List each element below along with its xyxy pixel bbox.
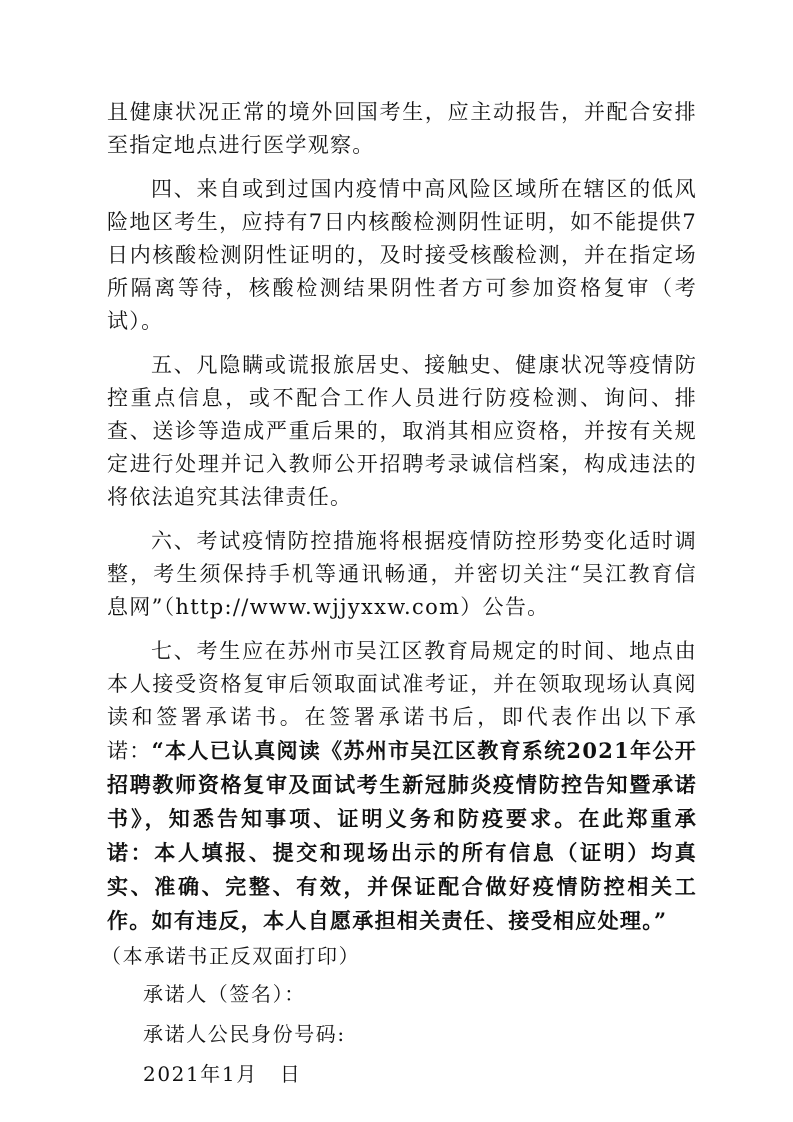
signer-signature-line: 承诺人（签名）：	[107, 974, 697, 1014]
date-month: 1月	[222, 1062, 258, 1086]
paragraph-item-6: 六、考试疫情防控措施将根据疫情防控形势变化适时调整，考生须保持手机等通讯畅通，并…	[107, 525, 697, 624]
document-page: 且健康状况正常的境外回国考生，应主动报告，并配合安排至指定地点进行医学观察。 四…	[107, 96, 697, 1094]
print-note: （本承诺书正反双面打印）	[101, 938, 697, 974]
signature-date-line: 2021年1月日	[107, 1054, 697, 1094]
date-day: 日	[280, 1062, 302, 1086]
signer-id-number-line: 承诺人公民身份号码:	[107, 1014, 697, 1054]
paragraph-continuation: 且健康状况正常的境外回国考生，应主动报告，并配合安排至指定地点进行医学观察。	[107, 96, 697, 162]
pledge-statement-bold: “本人已认真阅读《苏州市吴江区教育系统2021年公开招聘教师资格复审及面试考生新…	[107, 738, 697, 933]
paragraph-item-7: 七、考生应在苏州市吴江区教育局规定的时间、地点由本人接受资格复审后领取面试准考证…	[107, 635, 697, 938]
date-year: 2021年	[143, 1062, 222, 1086]
paragraph-item-5: 五、凡隐瞒或谎报旅居史、接触史、健康状况等疫情防控重点信息，或不配合工作人员进行…	[107, 349, 697, 514]
paragraph-item-4: 四、来自或到过国内疫情中高风险区域所在辖区的低风险地区考生，应持有7日内核酸检测…	[107, 173, 697, 338]
